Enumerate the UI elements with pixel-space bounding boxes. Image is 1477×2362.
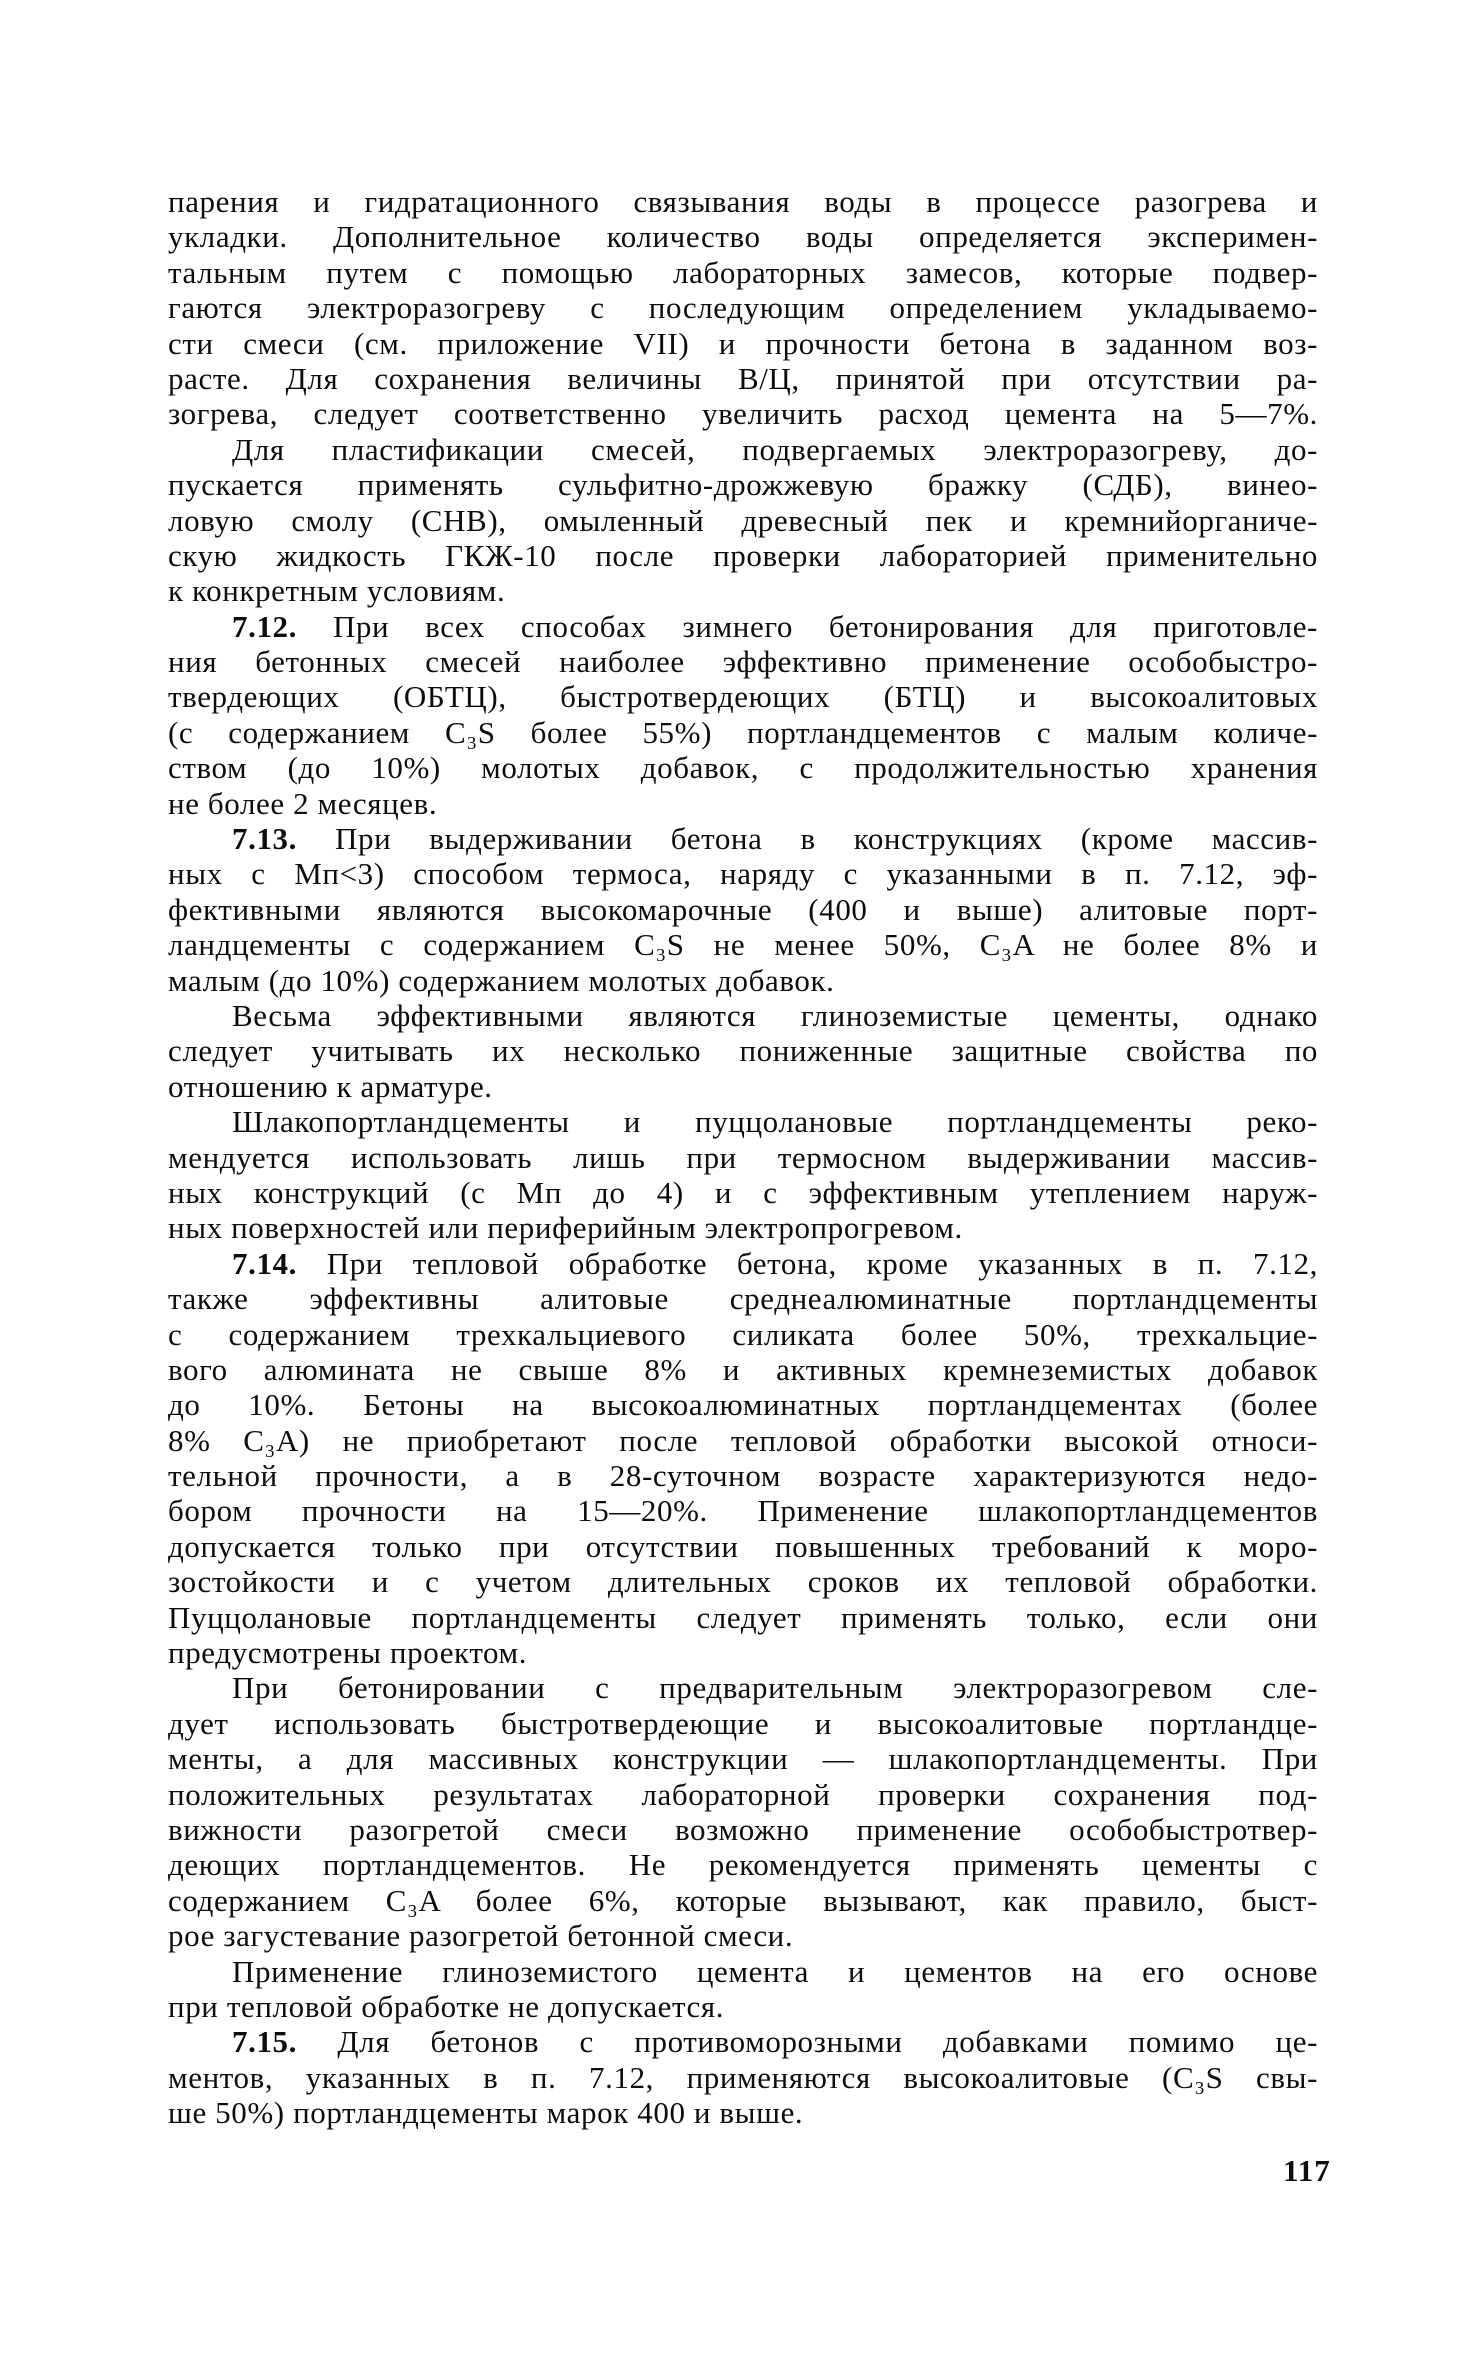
text-line: 7.12. При всех способах зимнего бетониро…	[168, 609, 1318, 644]
text-line: 7.15. Для бетонов с противоморозными доб…	[168, 2024, 1318, 2059]
text-line: ше 50%) портландцементы марок 400 и выше…	[168, 2095, 1318, 2130]
text-line: зогрева, следует соответственно увеличит…	[168, 396, 1318, 431]
text-line: ловую смолу (СНВ), омыленный древесный п…	[168, 503, 1318, 538]
text-line: также эффективны алитовые среднеалюминат…	[168, 1281, 1318, 1316]
text-line: содержанием C₃A более 6%, которые вызыва…	[168, 1883, 1318, 1918]
text-line: при тепловой обработке не допускается.	[168, 1989, 1318, 2024]
text-span: При тепловой обработке бетона, кроме ука…	[327, 1246, 1318, 1281]
text-line: тельной прочности, а в 28-суточном возра…	[168, 1458, 1318, 1493]
text-line: 7.14. При тепловой обработке бетона, кро…	[168, 1246, 1318, 1281]
paragraph-7-13: 7.13. При выдерживании бетона в конструк…	[168, 821, 1318, 998]
text-line: пускается применять сульфитно-дрожжевую …	[168, 467, 1318, 502]
section-number: 7.12.	[232, 609, 297, 644]
text-line: положительных результатах лабораторной п…	[168, 1777, 1318, 1812]
text-line: ных с Мп<3) способом термоса, наряду с у…	[168, 856, 1318, 891]
paragraph-7-12: 7.12. При всех способах зимнего бетониро…	[168, 609, 1318, 821]
paragraph-7-15: 7.15. Для бетонов с противоморозными доб…	[168, 2024, 1318, 2130]
text-line: до 10%. Бетоны на высокоалюминатных порт…	[168, 1387, 1318, 1422]
text-line: укладки. Дополнительное количество воды …	[168, 219, 1318, 254]
text-line: следует учитывать их несколько пониженны…	[168, 1033, 1318, 1068]
text-line: менты, а для массивных конструкции — шла…	[168, 1741, 1318, 1776]
section-number: 7.14.	[232, 1246, 297, 1281]
text-line: вого алюмината не свыше 8% и активных кр…	[168, 1352, 1318, 1387]
text-line: к конкретным условиям.	[168, 573, 1318, 608]
text-line: не более 2 месяцев.	[168, 786, 1318, 821]
text-line: парения и гидратационного связывания вод…	[168, 184, 1318, 219]
text-line: Применение глиноземистого цемента и цеме…	[168, 1954, 1318, 1989]
text-line: твердеющих (ОБТЦ), быстротвердеющих (БТЦ…	[168, 679, 1318, 714]
text-line: предусмотрены проектом.	[168, 1635, 1318, 1670]
paragraph-7-14: 7.14. При тепловой обработке бетона, кро…	[168, 1246, 1318, 1671]
text-line: деющих портландцементов. Не рекомендуетс…	[168, 1847, 1318, 1882]
body-text: парения и гидратационного связывания вод…	[168, 184, 1318, 2130]
text-line: гаются электроразогреву с последующим оп…	[168, 290, 1318, 325]
text-line: ния бетонных смесей наиболее эффективно …	[168, 644, 1318, 679]
text-line: сти смеси (см. приложение VII) и прочнос…	[168, 326, 1318, 361]
text-span: Для бетонов с противоморозными добавками…	[337, 2024, 1318, 2059]
text-line: ных конструкций (с Мп до 4) и с эффектив…	[168, 1175, 1318, 1210]
text-line: ных поверхностей или периферийным электр…	[168, 1210, 1318, 1245]
paragraph-preheating: При бетонировании с предварительным элек…	[168, 1670, 1318, 1953]
text-line: мендуется использовать лишь при термосно…	[168, 1140, 1318, 1175]
text-line: ством (до 10%) молотых добавок, с продол…	[168, 750, 1318, 785]
text-line: допускается только при отсутствии повыше…	[168, 1529, 1318, 1564]
text-line: тальным путем с помощью лабораторных зам…	[168, 255, 1318, 290]
text-line: (с содержанием C₃S более 55%) портландце…	[168, 715, 1318, 750]
paragraph-slag-cements: Шлакопортландцементы и пуццолановые порт…	[168, 1104, 1318, 1246]
text-line: фективными являются высокомарочные (400 …	[168, 892, 1318, 927]
text-line: скую жидкость ГКЖ-10 после проверки лабо…	[168, 538, 1318, 573]
paragraph-plasticizers: Для пластификации смесей, подвергаемых э…	[168, 432, 1318, 609]
text-span: При всех способах зимнего бетонирования …	[333, 609, 1318, 644]
text-line: ментов, указанных в п. 7.12, применяются…	[168, 2060, 1318, 2095]
text-line: 8% C₃A) не приобретают после тепловой об…	[168, 1423, 1318, 1458]
text-line: рое загустевание разогретой бетонной сме…	[168, 1918, 1318, 1953]
text-line: малым (до 10%) содержанием молотых добав…	[168, 963, 1318, 998]
text-line: Весьма эффективными являются глиноземист…	[168, 998, 1318, 1033]
document-page: парения и гидратационного связывания вод…	[0, 0, 1477, 2362]
text-line: с содержанием трехкальциевого силиката б…	[168, 1317, 1318, 1352]
text-line: дует использовать быстротвердеющие и выс…	[168, 1706, 1318, 1741]
text-line: При бетонировании с предварительным элек…	[168, 1670, 1318, 1705]
text-span: При выдерживании бетона в конструкциях (…	[335, 821, 1318, 856]
paragraph-alumina-cements: Весьма эффективными являются глиноземист…	[168, 998, 1318, 1104]
section-number: 7.13.	[232, 821, 297, 856]
text-line: расте. Для сохранения величины В/Ц, прин…	[168, 361, 1318, 396]
text-line: ландцементы с содержанием C₃S не менее 5…	[168, 927, 1318, 962]
paragraph-continuation: парения и гидратационного связывания вод…	[168, 184, 1318, 432]
section-number: 7.15.	[232, 2024, 297, 2059]
text-line: вижности разогретой смеси возможно приме…	[168, 1812, 1318, 1847]
text-line: бором прочности на 15—20%. Применение шл…	[168, 1493, 1318, 1528]
paragraph-alumina-heat: Применение глиноземистого цемента и цеме…	[168, 1954, 1318, 2025]
text-line: зостойкости и с учетом длительных сроков…	[168, 1564, 1318, 1599]
text-line: Шлакопортландцементы и пуццолановые порт…	[168, 1104, 1318, 1139]
text-line: Для пластификации смесей, подвергаемых э…	[168, 432, 1318, 467]
text-line: 7.13. При выдерживании бетона в конструк…	[168, 821, 1318, 856]
text-line: Пуццолановые портландцементы следует при…	[168, 1600, 1318, 1635]
text-line: отношению к арматуре.	[168, 1069, 1318, 1104]
page-number: 117	[1283, 2153, 1331, 2189]
